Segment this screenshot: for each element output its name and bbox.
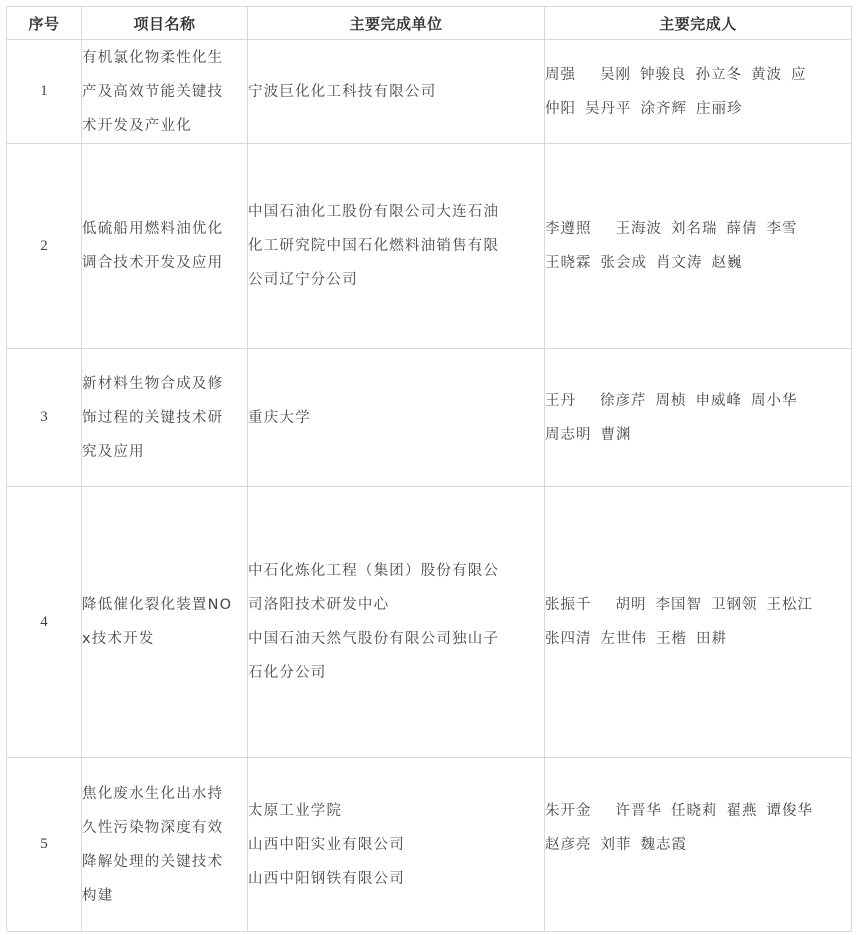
person-name: 曹渊 <box>601 427 632 443</box>
person-name: 李国智 <box>656 597 703 613</box>
person-name: 谭俊华 <box>767 803 814 819</box>
project-name-line: 调合技术开发及应用 <box>82 246 247 280</box>
header-row: 序号 项目名称 主要完成单位 主要完成人 <box>7 7 852 40</box>
person-row: 张四清左世伟王楷田耕 <box>545 622 851 656</box>
project-name-line: 久性污染物深度有效 <box>82 811 247 845</box>
person-row: 仲阳吴丹平涂齐辉庄丽珍 <box>545 92 851 126</box>
table-row: 2 低硫船用燃料油优化 调合技术开发及应用 中国石油化工股份有限公司大连石油 化… <box>7 144 852 349</box>
serial-number: 2 <box>7 144 82 349</box>
person-name: 庄丽珍 <box>696 101 743 117</box>
project-name: 低硫船用燃料油优化 调合技术开发及应用 <box>82 144 248 349</box>
person-name: 李雪 <box>767 221 798 237</box>
project-name-line: 术开发及产业化 <box>82 109 247 143</box>
person-name: 肖文涛 <box>656 255 703 271</box>
unit-line: 中石化炼化工程（集团）股份有限公 <box>248 554 544 588</box>
person-name: 朱开金 <box>545 803 592 819</box>
project-name-line: 饰过程的关键技术研 <box>82 401 247 435</box>
person-name: 魏志霞 <box>641 837 688 853</box>
person-name: 王丹 <box>545 393 576 409</box>
person-row: 朱开金许晋华任晓莉翟燕谭俊华 <box>545 794 851 828</box>
main-unit: 中石化炼化工程（集团）股份有限公 司洛阳技术研发中心 中国石油天然气股份有限公司… <box>248 487 545 758</box>
project-name-line: 新材料生物合成及修 <box>82 367 247 401</box>
project-name: 降低催化裂化装置NO x技术开发 <box>82 487 248 758</box>
unit-line: 宁波巨化化工科技有限公司 <box>248 75 544 109</box>
person-name: 左世伟 <box>601 631 648 647</box>
person-name: 王楷 <box>656 631 687 647</box>
person-name: 胡明 <box>616 597 647 613</box>
main-unit: 中国石油化工股份有限公司大连石油 化工研究院中国石化燃料油销售有限 公司辽宁分公… <box>248 144 545 349</box>
project-name-line: 究及应用 <box>82 435 247 469</box>
main-persons: 周强吴刚钟骏良孙立冬黄波应 仲阳吴丹平涂齐辉庄丽珍 <box>545 40 852 144</box>
header-project-name: 项目名称 <box>82 7 248 40</box>
project-name-line: 有机氯化物柔性化生 <box>82 41 247 75</box>
person-row: 王晓霖张会成肖文涛赵巍 <box>545 246 851 280</box>
person-name: 徐彦芹 <box>600 393 647 409</box>
header-main-unit: 主要完成单位 <box>248 7 545 40</box>
person-name: 周小华 <box>751 393 798 409</box>
person-name: 张振千 <box>545 597 592 613</box>
project-name-line: 焦化废水生化出水持 <box>82 777 247 811</box>
person-name: 任晓莉 <box>671 803 718 819</box>
table-row: 4 降低催化裂化装置NO x技术开发 中石化炼化工程（集团）股份有限公 司洛阳技… <box>7 487 852 758</box>
person-name: 赵巍 <box>712 255 743 271</box>
serial-number: 1 <box>7 40 82 144</box>
project-name-line: 降低催化裂化装置NO <box>82 588 247 622</box>
main-unit: 重庆大学 <box>248 349 545 487</box>
main-persons: 张振千胡明李国智卫钢领王松江 张四清左世伟王楷田耕 <box>545 487 852 758</box>
unit-line: 重庆大学 <box>248 401 544 435</box>
award-table: 序号 项目名称 主要完成单位 主要完成人 1 有机氯化物柔性化生 产及高效节能关… <box>6 6 852 932</box>
person-row: 李遵照王海波刘名瑞薛倩李雪 <box>545 212 851 246</box>
person-name: 涂齐辉 <box>641 101 688 117</box>
person-name: 田耕 <box>696 631 727 647</box>
person-name: 吴丹平 <box>585 101 632 117</box>
project-name: 有机氯化物柔性化生 产及高效节能关键技 术开发及产业化 <box>82 40 248 144</box>
project-name-line: 构建 <box>82 879 247 913</box>
table-row: 1 有机氯化物柔性化生 产及高效节能关键技 术开发及产业化 宁波巨化化工科技有限… <box>7 40 852 144</box>
unit-line: 化工研究院中国石化燃料油销售有限 <box>248 229 544 263</box>
person-name: 李遵照 <box>545 221 592 237</box>
person-name: 周志明 <box>545 427 592 443</box>
project-name: 焦化废水生化出水持 久性污染物深度有效 降解处理的关键技术 构建 <box>82 758 248 932</box>
project-name-line: 产及高效节能关键技 <box>82 75 247 109</box>
person-name: 仲阳 <box>545 101 576 117</box>
project-name-line: x技术开发 <box>82 622 247 656</box>
header-serial-number: 序号 <box>7 7 82 40</box>
person-name: 薛倩 <box>727 221 758 237</box>
person-name: 钟骏良 <box>640 67 687 83</box>
main-persons: 王丹徐彦芹周桢申威峰周小华 周志明曹渊 <box>545 349 852 487</box>
table-row: 3 新材料生物合成及修 饰过程的关键技术研 究及应用 重庆大学 王丹徐彦芹周桢申… <box>7 349 852 487</box>
unit-line: 石化分公司 <box>248 656 544 690</box>
table-row: 5 焦化废水生化出水持 久性污染物深度有效 降解处理的关键技术 构建 太原工业学… <box>7 758 852 932</box>
person-name: 赵彦亮 <box>545 837 592 853</box>
person-row: 张振千胡明李国智卫钢领王松江 <box>545 588 851 622</box>
person-name: 许晋华 <box>616 803 663 819</box>
unit-line: 中国石油化工股份有限公司大连石油 <box>248 195 544 229</box>
person-row: 周志明曹渊 <box>545 418 851 452</box>
project-name: 新材料生物合成及修 饰过程的关键技术研 究及应用 <box>82 349 248 487</box>
person-row: 赵彦亮刘菲魏志霞 <box>545 828 851 862</box>
table-body: 1 有机氯化物柔性化生 产及高效节能关键技 术开发及产业化 宁波巨化化工科技有限… <box>7 40 852 932</box>
person-name: 王松江 <box>767 597 814 613</box>
unit-line: 山西中阳钢铁有限公司 <box>248 862 544 896</box>
person-name: 张会成 <box>601 255 648 271</box>
person-name: 翟燕 <box>727 803 758 819</box>
project-name-line: 降解处理的关键技术 <box>82 845 247 879</box>
person-name: 张四清 <box>545 631 592 647</box>
unit-line: 山西中阳实业有限公司 <box>248 828 544 862</box>
person-name: 孙立冬 <box>696 67 743 83</box>
main-unit: 宁波巨化化工科技有限公司 <box>248 40 545 144</box>
person-name: 周桢 <box>656 393 687 409</box>
person-name: 卫钢领 <box>711 597 758 613</box>
unit-line: 公司辽宁分公司 <box>248 263 544 297</box>
person-name: 王晓霖 <box>545 255 592 271</box>
person-name: 申威峰 <box>696 393 743 409</box>
main-unit: 太原工业学院 山西中阳实业有限公司 山西中阳钢铁有限公司 <box>248 758 545 932</box>
unit-line: 太原工业学院 <box>248 794 544 828</box>
main-persons: 朱开金许晋华任晓莉翟燕谭俊华 赵彦亮刘菲魏志霞 <box>545 758 852 932</box>
unit-line: 司洛阳技术研发中心 <box>248 588 544 622</box>
person-row: 王丹徐彦芹周桢申威峰周小华 <box>545 384 851 418</box>
serial-number: 5 <box>7 758 82 932</box>
serial-number: 4 <box>7 487 82 758</box>
main-persons: 李遵照王海波刘名瑞薛倩李雪 王晓霖张会成肖文涛赵巍 <box>545 144 852 349</box>
person-name: 吴刚 <box>600 67 631 83</box>
project-name-line: 低硫船用燃料油优化 <box>82 212 247 246</box>
person-name: 周强 <box>545 67 576 83</box>
person-name: 黄波 <box>751 67 782 83</box>
header-main-persons: 主要完成人 <box>545 7 852 40</box>
person-row: 周强吴刚钟骏良孙立冬黄波应 <box>545 58 851 92</box>
unit-line: 中国石油天然气股份有限公司独山子 <box>248 622 544 656</box>
person-name: 王海波 <box>616 221 663 237</box>
serial-number: 3 <box>7 349 82 487</box>
person-name: 应 <box>791 67 807 83</box>
person-name: 刘名瑞 <box>671 221 718 237</box>
person-name: 刘菲 <box>601 837 632 853</box>
